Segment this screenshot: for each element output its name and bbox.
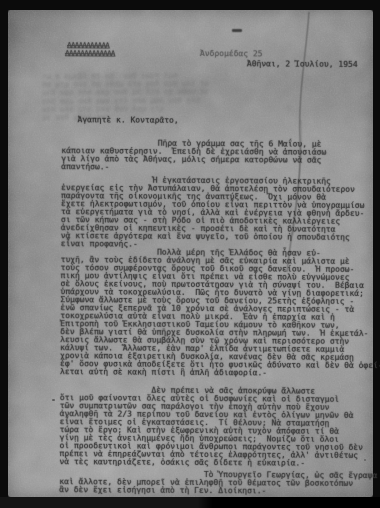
paragraph-5: Τὸ Ὑπουργεῖο Γεωργίας, ὡς σᾶς ἔγραψα καὶ… <box>59 470 369 496</box>
photo-frame: τω κ αμεβλ πτ οσ ναθ εωυτ λμσ σα μτρ ονε… <box>0 0 380 508</box>
paragraph-1: Πῆρα τὸ γράμμα σας τῆς 6 Μαΐου, μὲ κάποι… <box>61 139 371 173</box>
date-line: Ἀθῆναι, 2 Ἰουλίου, 1954 <box>247 60 358 69</box>
paragraph-4: Δὲν πρέπει νὰ σᾶς ἀποκρύψω ἄλλωστε ὅτι μ… <box>59 386 369 468</box>
paragraph-2: Ἡ ἐγκατάστασις ἐργοστασίου ἠλεκτρικῆς ἐν… <box>61 176 371 250</box>
photo-bottom-edge <box>0 497 380 508</box>
salutation: Ἀγαπητὲ κ. Κονταρᾶτο, <box>77 116 178 125</box>
typed-letter: ΔΔΔΔΔΔΔΔΔΔΔ ΔΔΔΔΔΔΔΔΔΔΔΔΔ Ἀνδρομέδας 25 … <box>0 0 380 508</box>
address-line: Ἀνδρομέδας 25 <box>200 50 263 58</box>
strikeout-line-2: ΔΔΔΔΔΔΔΔΔΔΔΔΔ <box>65 50 115 58</box>
paragraph-3: Πολλὰ μέρη τῆς Ἑλλάδος θὰ ἦσαν εὐ- τυχῆ,… <box>60 248 371 378</box>
